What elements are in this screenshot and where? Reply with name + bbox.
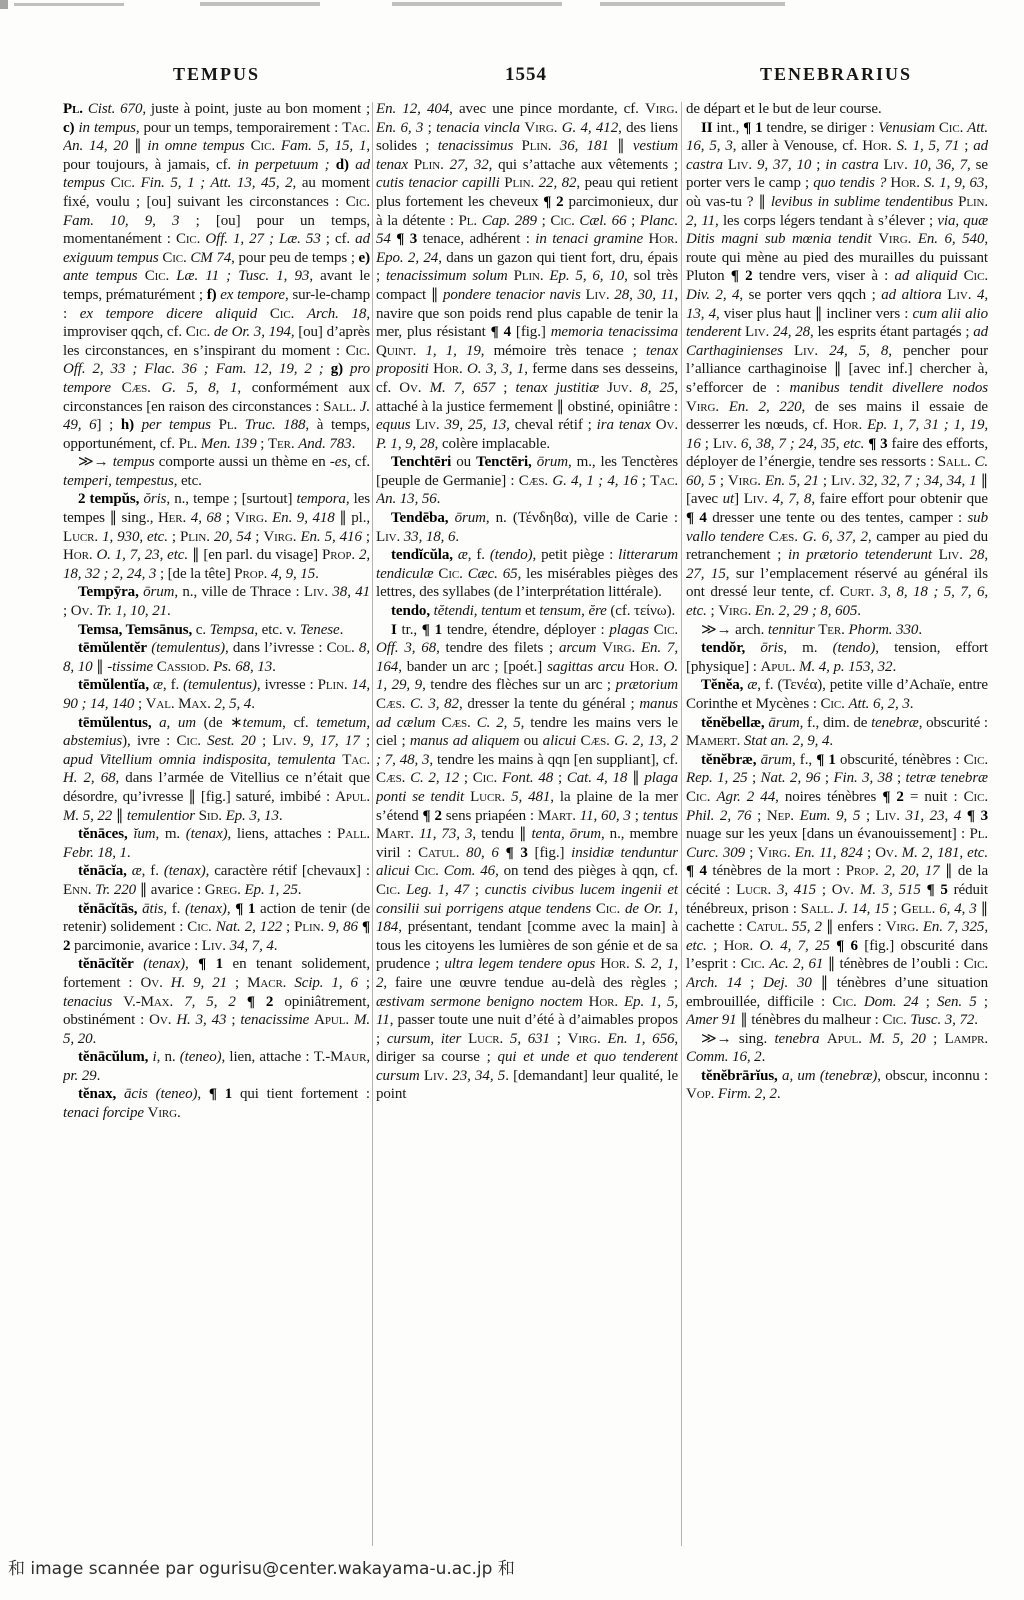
author-abbrev: Cæs. — [441, 715, 470, 731]
entry-tenebrae: tĕnĕbræ, ārum, f., ¶ 1 obscurité, ténèbr… — [686, 751, 988, 1030]
author-abbrev: Liv. — [415, 417, 439, 433]
author-abbrev: Ter. — [818, 622, 845, 638]
scan-artifact — [392, 2, 562, 6]
author-abbrev: Ov. — [832, 882, 854, 898]
author-abbrev: Pl. — [459, 213, 478, 229]
author-abbrev: Cic. — [111, 175, 135, 191]
entry-tenaciter: tĕnācĭtĕr (tenax), ¶ 1 en tenant solidem… — [63, 955, 370, 1048]
author-abbrev: Virg. — [148, 1105, 181, 1121]
author-abbrev: Liv. — [939, 547, 963, 563]
author-abbrev: Liv. — [424, 1068, 448, 1084]
author-abbrev: Cic. — [414, 863, 438, 879]
author-abbrev: Cic. — [187, 919, 211, 935]
author-abbrev: Pl. — [63, 101, 83, 117]
author-abbrev: Cic. — [964, 268, 988, 284]
author-abbrev: Ov. — [875, 845, 897, 861]
author-abbrev: Plin. — [514, 268, 544, 284]
author-abbrev: Apul. — [335, 789, 370, 805]
entry-tenaces: tĕnāces, ĭum, m. (tenax), liens, attache… — [63, 825, 370, 862]
author-abbrev: Cic. — [176, 231, 200, 247]
author-abbrev: Prop. — [322, 547, 355, 563]
author-abbrev: Liv. — [947, 287, 971, 303]
entry-temulenter: tēmŭlentĕr (temulentus), dans l’ivresse … — [63, 639, 370, 676]
author-abbrev: Tac. — [342, 120, 370, 136]
author-abbrev: Cic. — [376, 882, 400, 898]
author-abbrev: Ov. — [141, 975, 163, 991]
author-abbrev: Virg. — [718, 603, 751, 619]
column-rule — [372, 102, 373, 1546]
author-abbrev: Hor. — [649, 231, 678, 247]
author-abbrev: Virg. — [524, 120, 557, 136]
column-right: de départ et le but de leur course.II in… — [686, 100, 988, 1552]
author-abbrev: Cæs. — [122, 380, 151, 396]
author-abbrev: Virg. — [234, 510, 267, 526]
entry-temulentia: tēmŭlentĭa, æ, f. (temulentus), ivresse … — [63, 676, 370, 713]
author-abbrev: Cic. — [882, 1012, 906, 1028]
author-abbrev: Hor. — [724, 938, 753, 954]
author-abbrev: Liv. — [831, 473, 855, 489]
author-abbrev: Plin. — [318, 677, 348, 693]
entry-tenax: tĕnax, ācis (teneo), ¶ 1 qui tient forte… — [63, 1085, 370, 1122]
author-abbrev: Ov. — [71, 603, 93, 619]
author-abbrev: Cic. — [686, 789, 710, 805]
author-abbrev: Lucr. — [736, 882, 771, 898]
author-abbrev: Cic. — [186, 324, 210, 340]
entry-tenacia: tĕnācĭa, æ, f. (tenax), caractère rétif … — [63, 862, 370, 899]
note-tempus-theme: ≫→ tempus comporte aussi un thème en -es… — [63, 453, 370, 490]
author-abbrev: V.-Max. — [123, 994, 173, 1010]
author-abbrev: Apul. — [761, 659, 796, 675]
author-abbrev: Sid. — [199, 808, 222, 824]
scan-artifact — [600, 2, 785, 6]
author-abbrev: Hor. — [63, 547, 92, 563]
column-rule — [681, 102, 682, 1546]
author-abbrev: Virg. — [645, 101, 678, 117]
author-abbrev: Virg. — [886, 919, 919, 935]
author-abbrev: Virg. — [686, 399, 719, 415]
author-abbrev: Liv. — [728, 157, 752, 173]
author-abbrev: Plin. — [180, 529, 210, 545]
author-abbrev: Cic. — [596, 901, 620, 917]
author-abbrev: Apul. — [314, 1012, 349, 1028]
author-abbrev: Liv. — [272, 733, 296, 749]
author-abbrev: Liv. — [876, 808, 900, 824]
entry-tenea: Tĕnĕa, æ, f. (Τενέα), petite ville d’Ach… — [686, 676, 988, 713]
entry-tenax-continuation: En. 12, 404, avec une pince mordante, cf… — [376, 100, 678, 453]
author-abbrev: Lucr. — [468, 1031, 503, 1047]
entry-tendo-continuation: de départ et le but de leur course. — [686, 100, 988, 119]
author-abbrev: Cæs. — [376, 770, 405, 786]
author-abbrev: Mamert. — [686, 733, 740, 749]
author-abbrev: Pl. — [969, 826, 988, 842]
author-abbrev: Catul. — [747, 919, 788, 935]
author-abbrev: Her. — [158, 510, 186, 526]
author-abbrev: Hor. — [433, 361, 462, 377]
author-abbrev: Cæs. — [376, 696, 405, 712]
author-abbrev: Plin. — [414, 157, 444, 173]
author-abbrev: Ov. — [399, 380, 421, 396]
author-abbrev: Hor. — [833, 417, 862, 433]
author-abbrev: Cic. — [939, 120, 963, 136]
author-abbrev: Plin. — [294, 919, 324, 935]
author-abbrev: Cic. — [346, 343, 370, 359]
author-abbrev: Lampr. — [945, 1031, 989, 1047]
author-abbrev: Ter. — [268, 436, 295, 452]
author-abbrev: Liv. — [304, 584, 328, 600]
author-abbrev: Cic. — [550, 213, 574, 229]
author-abbrev: Cic. — [145, 268, 169, 284]
author-abbrev: Cic. — [964, 752, 988, 768]
entry-tenebellae: tĕnĕbellæ, ārum, f., dim. de tenebræ, ob… — [686, 714, 988, 751]
author-abbrev: Virg. — [602, 640, 635, 656]
author-abbrev: Lucr. — [63, 529, 98, 545]
note-tenebrae-sing: ≫→ sing. tenebra Apul. M. 5, 20 ; Lampr.… — [686, 1030, 988, 1067]
author-abbrev: Liv. — [745, 324, 769, 340]
author-abbrev: T.-Maur, — [314, 1049, 370, 1065]
author-abbrev: Cic. — [964, 956, 988, 972]
entry-tempyra: Tempȳra, ōrum, n., ville de Thrace : Liv… — [63, 583, 370, 620]
author-abbrev: Liv. — [884, 157, 908, 173]
author-abbrev: Nep. — [767, 808, 794, 824]
author-abbrev: Tac. — [342, 752, 370, 768]
author-abbrev: Cic. — [438, 566, 462, 582]
author-abbrev: Cic. — [654, 622, 678, 638]
author-abbrev: Virg. — [878, 231, 911, 247]
author-abbrev: Sall. — [938, 454, 971, 470]
entry-tenchteri: Tenchtēri ou Tenctēri, ōrum, m., les Ten… — [376, 453, 678, 509]
author-abbrev: Macr. — [247, 975, 286, 991]
author-abbrev: Cæs. — [580, 733, 609, 749]
author-abbrev: Prop. — [846, 863, 879, 879]
entry-tempus-continuation: Pl. Cist. 670, juste à point, juste au b… — [63, 100, 370, 453]
author-abbrev: Liv. — [202, 938, 226, 954]
author-abbrev: Col. — [327, 640, 355, 656]
author-abbrev: Cic. — [741, 956, 765, 972]
column-left: Pl. Cist. 670, juste à point, juste au b… — [63, 100, 370, 1552]
author-abbrev: Greg. — [205, 882, 241, 898]
scan-credit: 和 image scannée par ogurisu@center.wakay… — [8, 1554, 515, 1579]
scan-artifact — [0, 0, 8, 9]
author-abbrev: Cic. — [346, 194, 370, 210]
author-abbrev: Plin. — [522, 138, 552, 154]
author-abbrev: Hor. — [629, 659, 658, 675]
author-abbrev: Sall. — [801, 901, 834, 917]
author-abbrev: Catul. — [418, 845, 459, 861]
author-abbrev: Pl. — [219, 417, 238, 433]
author-abbrev: Hor. — [890, 175, 919, 191]
running-head-right: TENEBRARIUS — [684, 64, 988, 85]
entry-tenebrarius: tĕnĕbrārĭus, a, um (tenebræ), obscur, in… — [686, 1067, 988, 1104]
page-number: 1554 — [374, 64, 678, 86]
author-abbrev: Cic. — [832, 994, 856, 1010]
author-abbrev: Gell. — [901, 901, 935, 917]
author-abbrev: Val. Max. — [146, 696, 211, 712]
author-abbrev: Liv. — [744, 491, 768, 507]
author-abbrev: Plin. — [504, 175, 534, 191]
entry-tendor: tendŏr, ōris, m. (tendo), tension, effor… — [686, 639, 988, 676]
author-abbrev: Cic. — [473, 770, 497, 786]
author-abbrev: Cæs. — [769, 529, 798, 545]
author-abbrev: Sall. — [323, 399, 356, 415]
entry-tendo-I: I tr., ¶ 1 tendre, étendre, déployer : p… — [376, 621, 678, 1104]
author-abbrev: Cic. — [270, 306, 294, 322]
author-abbrev: Liv. — [376, 529, 400, 545]
author-abbrev: Tac. — [650, 473, 678, 489]
author-abbrev: Enn. — [63, 882, 91, 898]
author-abbrev: Mart. — [538, 808, 576, 824]
author-abbrev: Juv. — [607, 380, 632, 396]
author-abbrev: Prop. — [234, 566, 267, 582]
author-abbrev: Cic. — [964, 789, 988, 805]
author-abbrev: Plin. — [958, 194, 988, 210]
entry-2-tempus: 2 tempŭs, ŏris, n., tempe ; [surtout] te… — [63, 490, 370, 583]
column-middle: En. 12, 404, avec une pince mordante, cf… — [376, 100, 678, 1552]
entry-tenacitas: tĕnācĭtās, ātis, f. (tenax), ¶ 1 action … — [63, 900, 370, 956]
entry-tendo: tendo, tĕtendi, tentum et tensum, ĕre (c… — [376, 602, 678, 621]
note-tendo-arch: ≫→ arch. tennitur Ter. Phorm. 330. — [686, 621, 988, 640]
author-abbrev: Pall. — [337, 826, 370, 842]
author-abbrev: Cassiod. — [157, 659, 210, 675]
author-abbrev: Quint. — [376, 343, 416, 359]
author-abbrev: Lucr. — [470, 789, 505, 805]
author-abbrev: Virg. — [728, 473, 761, 489]
entry-tendicula: tendĭcŭla, æ, f. (tendo), petit piège : … — [376, 546, 678, 602]
author-abbrev: Cic. — [251, 138, 275, 154]
author-abbrev: Ov. — [656, 417, 678, 433]
author-abbrev: Hor. — [862, 138, 891, 154]
author-abbrev: Apul. — [827, 1031, 862, 1047]
author-abbrev: Virg. — [758, 845, 791, 861]
author-abbrev: Hor. — [589, 994, 618, 1010]
author-abbrev: Virg. — [263, 529, 296, 545]
scan-artifact — [200, 2, 320, 6]
author-abbrev: Liv. — [585, 287, 609, 303]
entry-tendeba: Tendēba, ōrum, n. (Τένδηϐα), ville de Ca… — [376, 509, 678, 546]
running-head-left: TEMPUS — [63, 64, 370, 85]
author-abbrev: Pl. — [179, 436, 198, 452]
scan-artifact — [14, 3, 124, 6]
author-abbrev: Cic. — [177, 733, 201, 749]
entry-tenaculum: tĕnācŭlum, i, n. (teneo), lien, attache … — [63, 1048, 370, 1085]
entry-tendo-II: II int., ¶ 1 tendre, se diriger : Venusi… — [686, 119, 988, 621]
author-abbrev: Cic. — [820, 696, 844, 712]
author-abbrev: Curt. — [840, 584, 875, 600]
author-abbrev: Cæs. — [519, 473, 548, 489]
author-abbrev: Hor. — [600, 956, 629, 972]
author-abbrev: Liv. — [794, 343, 818, 359]
author-abbrev: Mart. — [376, 826, 414, 842]
author-abbrev: Cic. — [162, 250, 186, 266]
author-abbrev: Vop. — [686, 1086, 714, 1102]
entry-temsa: Temsa, Temsānus, c. Tempsa, etc. v. Tene… — [63, 621, 370, 640]
author-abbrev: Virg. — [568, 1031, 601, 1047]
author-abbrev: Ov. — [149, 1012, 171, 1028]
entry-temulentus: tēmŭlentus, a, um (de ∗temum, cf. temetu… — [63, 714, 370, 826]
author-abbrev: Liv. — [713, 436, 737, 452]
